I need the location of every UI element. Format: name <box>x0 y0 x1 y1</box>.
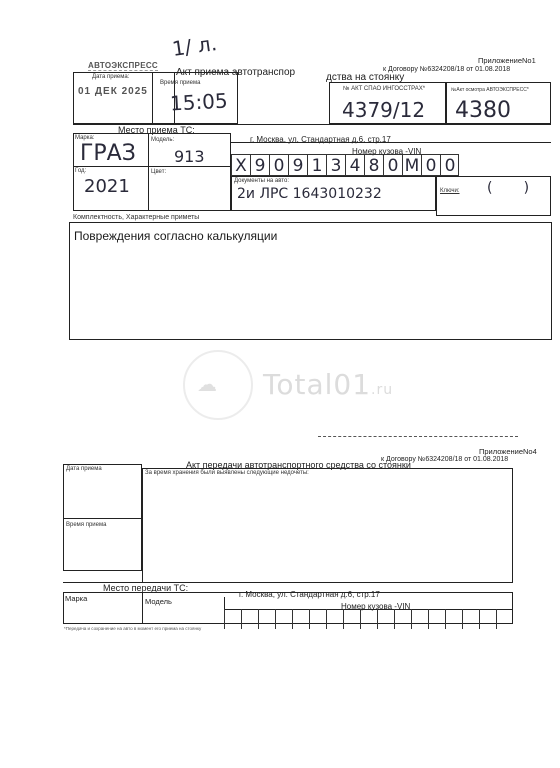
defects-box <box>142 468 513 583</box>
appendix4-label: ПриложениеNo4 <box>479 447 537 456</box>
vin-empty-cell <box>411 609 428 629</box>
vin-char-cell: M <box>402 155 421 177</box>
vin-empty-cell <box>445 609 462 629</box>
vin-char-cell: 3 <box>326 155 345 177</box>
vin-char-cell: 4 <box>345 155 364 177</box>
page-note: 1/ л. <box>171 31 219 61</box>
transfer-brand-label: Марка <box>65 594 87 603</box>
vin-char-cell: X <box>231 155 250 177</box>
receive-time-label: Время приема <box>66 522 106 528</box>
docs-label: Документы на авто: <box>234 178 289 184</box>
vin-char-cell: 9 <box>288 155 307 177</box>
vin-empty-cell <box>496 609 513 629</box>
vin-empty-cell <box>343 609 360 629</box>
vin-empty-cell <box>224 609 241 629</box>
act-avto-value: 4380 <box>455 98 511 123</box>
docs-value: 2и ЛРС 1643010232 <box>237 186 382 202</box>
vin-empty-cell <box>326 609 343 629</box>
defects-label: За время хранения были выявлены следующи… <box>145 470 309 476</box>
act-ingos-label: № АКТ СПАО ИНГОССТРАХ* <box>343 86 425 92</box>
brand-value: ГРАЗ <box>80 141 136 166</box>
car-cloud-icon: ☁ <box>197 372 217 397</box>
keys-value-bracket: ( ) <box>487 180 529 196</box>
watermark: ☁ Total01.ru <box>183 350 383 420</box>
model-value: 913 <box>174 147 205 166</box>
appendix1-label: ПриложениеNo1 <box>478 56 536 65</box>
vin-char-cell: 0 <box>269 155 288 177</box>
transfer-vin-field <box>224 609 513 629</box>
color-label: Цвет: <box>151 169 166 175</box>
year-label: Год: <box>75 168 86 174</box>
vin-empty-cell <box>479 609 496 629</box>
vin-char-cell: 0 <box>440 155 459 177</box>
transfer-model-label: Модель <box>145 597 172 606</box>
vin-empty-cell <box>360 609 377 629</box>
vin-empty-cell <box>258 609 275 629</box>
vin-char-cell: 0 <box>421 155 440 177</box>
vin-field: X90913480M00 <box>231 154 459 176</box>
vin-empty-cell <box>394 609 411 629</box>
completeness-value: Повреждения согласно калькуляции <box>74 229 277 243</box>
vin-char-cell: 0 <box>383 155 402 177</box>
year-value: 2021 <box>84 176 130 197</box>
vin-empty-cell <box>275 609 292 629</box>
date-stamp: 01 ДЕК 2025 <box>78 86 148 97</box>
vin-char-cell: 9 <box>250 155 269 177</box>
vin-empty-cell <box>241 609 258 629</box>
vin-empty-cell <box>428 609 445 629</box>
vin-empty-cell <box>462 609 479 629</box>
act-ingos-value: 4379/12 <box>342 98 425 122</box>
vin-empty-cell <box>377 609 394 629</box>
completeness-label: Комплектность, Характерные приметы <box>73 214 199 221</box>
watermark-circle <box>183 350 253 420</box>
act-avto-label: №Акт осмотра АВТОЭКСПРЕСС* <box>451 87 529 93</box>
receive-date-label: Дата приема <box>66 466 102 472</box>
date-label: Дата приема: <box>92 74 129 80</box>
watermark-text: Total01.ru <box>263 368 393 401</box>
vin-char-cell: 1 <box>307 155 326 177</box>
vin-char-cell: 8 <box>364 155 383 177</box>
footnote: *Передача и сохранение на авто в момент … <box>64 626 201 631</box>
keys-label: Ключи: <box>440 188 460 194</box>
autoexpress-logo: АВТОЭКСПРЕСС <box>88 61 158 71</box>
vin-empty-cell <box>292 609 309 629</box>
vin-empty-cell <box>309 609 326 629</box>
model-label: Модель: <box>151 137 174 143</box>
